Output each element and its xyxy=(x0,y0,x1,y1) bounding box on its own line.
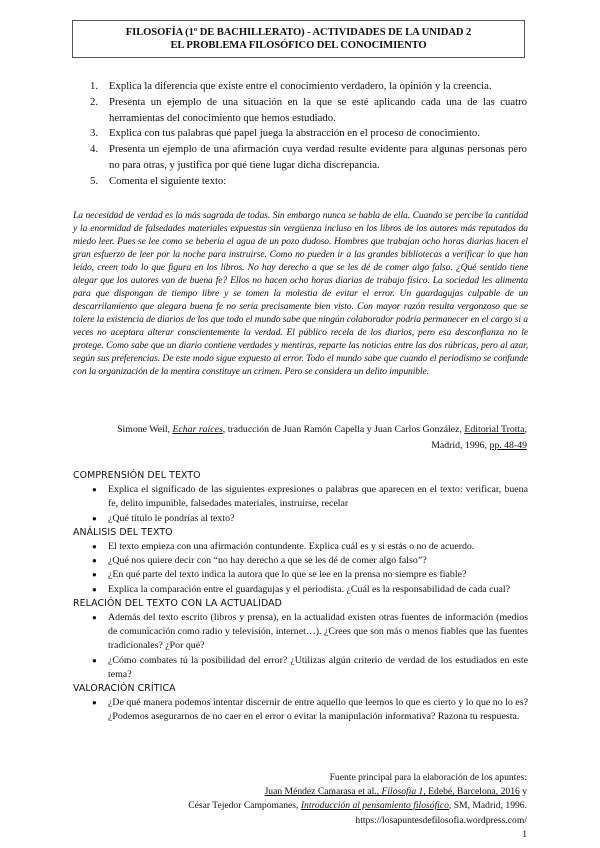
question-text: Presenta un ejemplo de una afirmación cu… xyxy=(109,143,527,171)
bullet-item: ●¿En qué parte del texto indica la autor… xyxy=(73,568,528,582)
bullet-item: ●¿Cómo combates tú la posibilidad del er… xyxy=(73,654,528,682)
ref1-and: y xyxy=(520,786,527,797)
bullet-text: El texto empieza con una afirmación cont… xyxy=(108,541,474,552)
bullet-item: ●Explica el significado de las siguiente… xyxy=(73,483,528,511)
ref1-link[interactable]: Juan Méndez Camarasa et al., Filosofía 1… xyxy=(265,786,520,797)
ref2-author: César Tejedor Campomanes, xyxy=(188,800,301,811)
bullet-item: ●¿De qué manera podemos intentar discern… xyxy=(73,696,528,724)
footer-website[interactable]: https://losapuntesdefilosofia.wordpress.… xyxy=(150,814,527,828)
bullet-list: ●Explica el significado de las siguiente… xyxy=(73,483,528,526)
citation-comma: , xyxy=(525,424,527,435)
section-heading: VALORACIÓN CRÍTICA xyxy=(73,682,528,696)
citation-place-year: Madrid, 1996, xyxy=(431,440,489,451)
question-item: 2. Presenta un ejemplo de una situación … xyxy=(90,95,527,127)
ref2-title-link[interactable]: Introducción al pensamiento filosófico xyxy=(301,800,449,811)
section-heading: RELACIÓN DEL TEXTO CON LA ACTUALIDAD xyxy=(73,597,528,611)
section-heading: COMPRENSIÓN DEL TEXTO xyxy=(73,469,528,483)
section-comprension: COMPRENSIÓN DEL TEXTO ●Explica el signif… xyxy=(73,469,528,526)
quote-citation: Simone Weil, Echar raíces, traducción de… xyxy=(100,422,527,454)
ref1-rest: , Edebé, Barcelona, 2016 xyxy=(423,786,519,797)
citation-book-title[interactable]: Echar raíces xyxy=(172,424,222,435)
citation-pages-link[interactable]: pp. 48-49 xyxy=(489,440,527,451)
bullet-icon: ● xyxy=(92,696,97,710)
bullet-item: ●¿Qué nos quiere decir con “no hay derec… xyxy=(73,554,528,568)
bullet-item: ●Además del texto escrito (libros y pren… xyxy=(73,611,528,654)
bullet-text: ¿De qué manera podemos intentar discerni… xyxy=(108,697,528,722)
question-item: 4. Presenta un ejemplo de una afirmación… xyxy=(90,142,527,174)
question-item: 3. Explica con tus palabras qué papel ju… xyxy=(90,126,527,142)
section-heading: ANÁLISIS DEL TEXTO xyxy=(73,526,528,540)
citation-author: Simone Weil, xyxy=(117,424,172,435)
question-number: 1. xyxy=(90,79,98,95)
document-page: FILOSOFÍA (1º DE BACHILLERATO) - ACTIVID… xyxy=(0,0,600,848)
bullet-text: ¿Qué nos quiere decir con “no hay derech… xyxy=(108,555,427,566)
ref1-title: Filosofía 1 xyxy=(382,786,424,797)
question-number: 2. xyxy=(90,95,98,111)
question-text: Explica con tus palabras qué papel juega… xyxy=(109,127,480,139)
question-number: 4. xyxy=(90,142,98,158)
bullet-item: ●El texto empieza con una afirmación con… xyxy=(73,540,528,554)
bullet-icon: ● xyxy=(92,554,97,568)
footer-reference-1: Juan Méndez Camarasa et al., Filosofía 1… xyxy=(150,785,527,799)
bullet-icon: ● xyxy=(92,483,97,497)
bullet-text: Además del texto escrito (libros y prens… xyxy=(108,612,528,651)
bullet-item: ●Explica la comparación entre el guardag… xyxy=(73,583,528,597)
commentary-sections: COMPRENSIÓN DEL TEXTO ●Explica el signif… xyxy=(73,469,528,725)
citation-translation: , traducción de Juan Ramón Capella y Jua… xyxy=(223,424,465,435)
title-box: FILOSOFÍA (1º DE BACHILLERATO) - ACTIVID… xyxy=(72,20,525,58)
question-item: 1. Explica la diferencia que existe entr… xyxy=(90,79,527,95)
section-actualidad: RELACIÓN DEL TEXTO CON LA ACTUALIDAD ●Ad… xyxy=(73,597,528,682)
bullet-icon: ● xyxy=(92,540,97,554)
question-number: 5. xyxy=(90,174,98,190)
bullet-list: ●¿De qué manera podemos intentar discern… xyxy=(73,696,528,724)
bullet-text: Explica la comparación entre el guardagu… xyxy=(108,584,510,595)
question-number: 3. xyxy=(90,126,98,142)
footer-reference-2: César Tejedor Campomanes, Introducción a… xyxy=(150,799,527,813)
activity-questions-list: 1. Explica la diferencia que existe entr… xyxy=(90,79,527,190)
bullet-list: ●Además del texto escrito (libros y pren… xyxy=(73,611,528,682)
document-subtitle: EL PROBLEMA FILOSÓFICO DEL CONOCIMIENTO xyxy=(73,39,524,52)
bullet-list: ●El texto empieza con una afirmación con… xyxy=(73,540,528,597)
page-number: 1 xyxy=(150,828,527,842)
ref1-authors: Juan Méndez Camarasa et al., xyxy=(265,786,382,797)
ref2-rest: , SM, Madrid, 1996. xyxy=(449,800,527,811)
question-item: 5. Comenta el siguiente texto: xyxy=(90,174,527,190)
question-text: Presenta un ejemplo de una situación en … xyxy=(109,96,527,124)
question-text: Comenta el siguiente texto: xyxy=(109,175,226,187)
quoted-text-block: La necesidad de verdad es la más sagrada… xyxy=(73,209,528,378)
citation-publisher-link[interactable]: Editorial Trotta xyxy=(464,424,524,435)
bullet-text: ¿Qué título le pondrías al texto? xyxy=(108,513,234,524)
question-text: Explica la diferencia que existe entre e… xyxy=(109,80,492,92)
bullet-icon: ● xyxy=(92,654,97,668)
document-title: FILOSOFÍA (1º DE BACHILLERATO) - ACTIVID… xyxy=(73,26,524,39)
section-analisis: ANÁLISIS DEL TEXTO ●El texto empieza con… xyxy=(73,526,528,597)
section-valoracion: VALORACIÓN CRÍTICA ●¿De qué manera podem… xyxy=(73,682,528,725)
footer-source-label: Fuente principal para la elaboración de … xyxy=(150,771,527,785)
bullet-icon: ● xyxy=(92,583,97,597)
page-footer: Fuente principal para la elaboración de … xyxy=(150,771,527,842)
bullet-icon: ● xyxy=(92,512,97,526)
bullet-text: ¿Cómo combates tú la posibilidad del err… xyxy=(108,655,528,680)
bullet-icon: ● xyxy=(92,611,97,625)
bullet-text: Explica el significado de las siguientes… xyxy=(108,484,528,509)
bullet-icon: ● xyxy=(92,568,97,582)
bullet-item: ●¿Qué título le pondrías al texto? xyxy=(73,512,528,526)
bullet-text: ¿En qué parte del texto indica la autora… xyxy=(108,569,466,580)
